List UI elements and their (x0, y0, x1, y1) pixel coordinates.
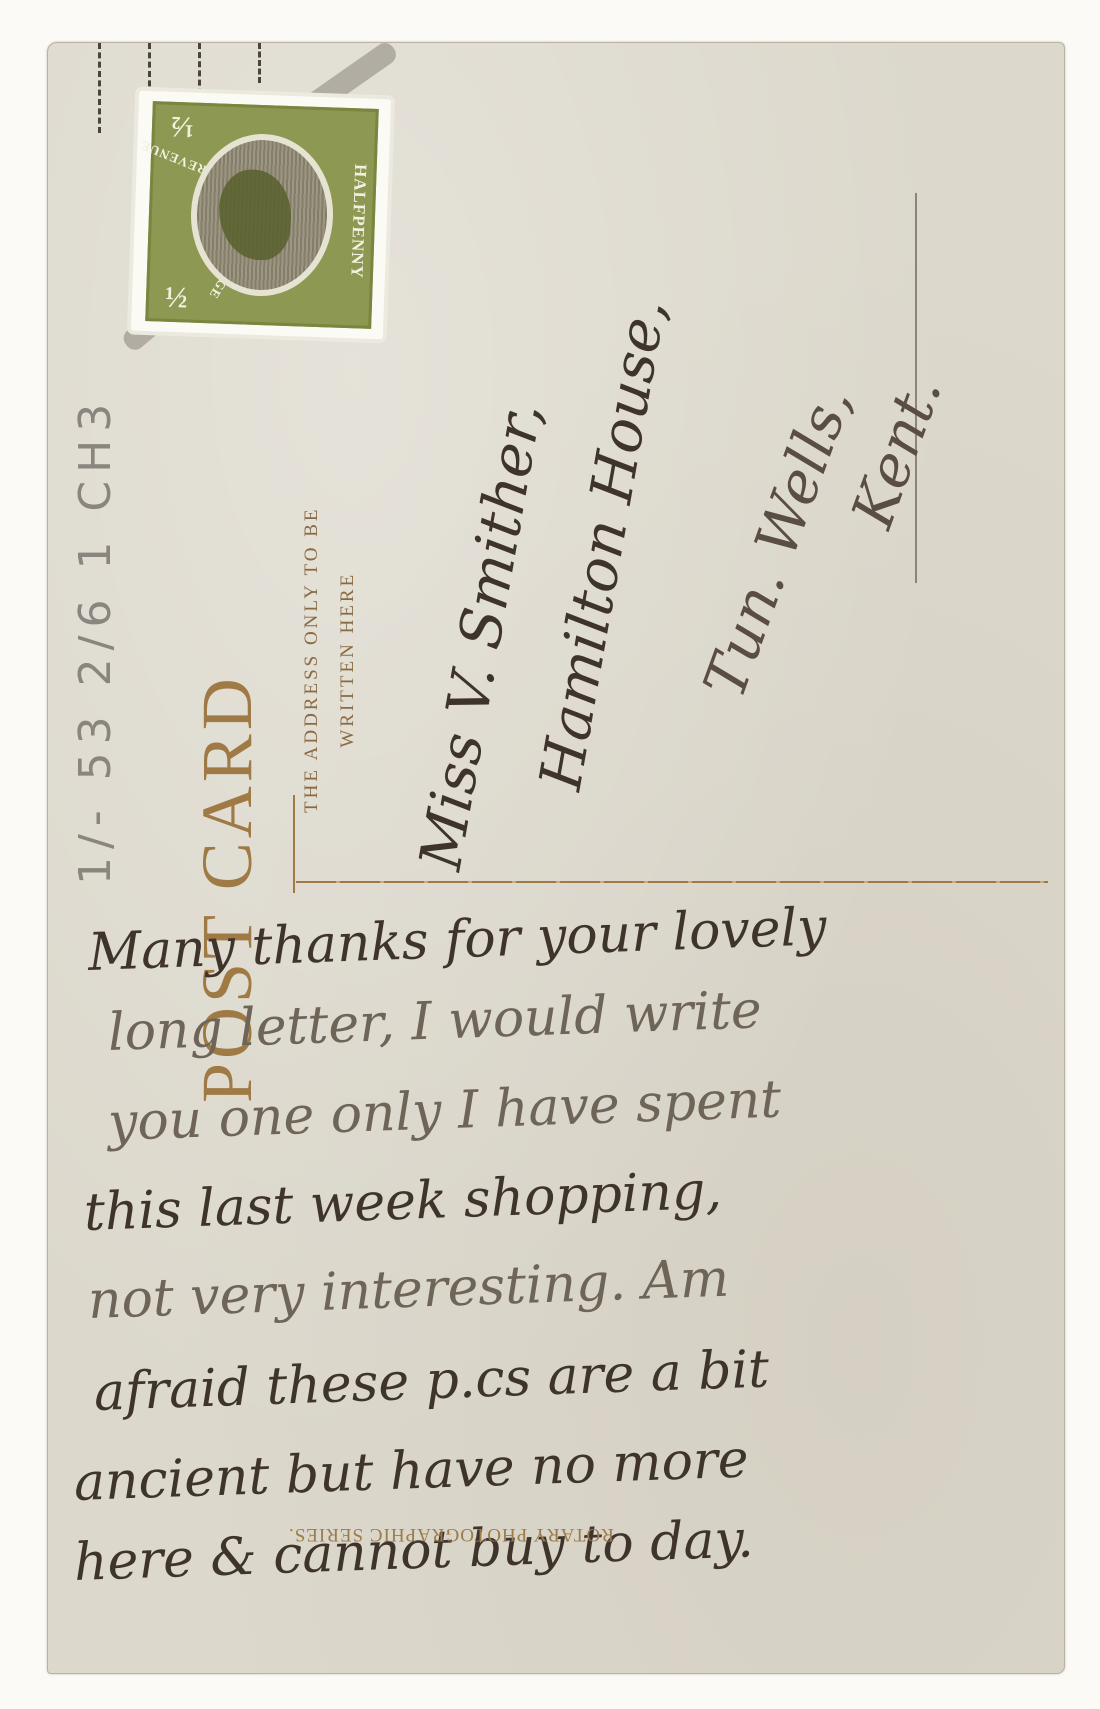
postmark-bar (258, 43, 261, 83)
address-instruction-line2: WRITTEN HERE (330, 506, 366, 813)
stamp-value-bottom: ½ (164, 281, 188, 316)
message-line: here & cannot buy to day. (73, 1509, 754, 1593)
pencil-notes: 1/- 53 2/6 1 CH3 (70, 396, 121, 885)
postmark-bar (98, 43, 101, 133)
message-line: afraid these p.cs are a bit (93, 1339, 770, 1423)
message-line: this last week shopping, (83, 1161, 723, 1243)
stamp-label-halfpenny: HALFPENNY (346, 164, 370, 279)
message-line: ancient but have no more (73, 1429, 750, 1513)
postcard: ½ ½ REVENUE POSTAGE HALFPENNY 1/- 53 2/6… (47, 42, 1065, 1674)
divider-vertical (293, 795, 295, 893)
divider-horizontal (296, 881, 1048, 883)
king-portrait-icon (188, 132, 336, 299)
stamp-value-top: ½ (170, 109, 194, 144)
address-line-3: Tun. Wells, (690, 378, 865, 706)
address-instruction: THE ADDRESS ONLY TO BE WRITTEN HERE (294, 506, 366, 813)
publisher-imprint: ROTARY PHOTOGRAPHIC SERIES. (288, 1523, 614, 1545)
address-line-2: Hamilton House, (526, 294, 679, 795)
address-instruction-line1: THE ADDRESS ONLY TO BE (294, 506, 330, 813)
address-line-1: Miss V. Smither, (406, 398, 555, 875)
postage-stamp: ½ ½ REVENUE POSTAGE HALFPENNY (131, 91, 391, 340)
message-line: not very interesting. Am (87, 1249, 730, 1331)
address-line-4: Kent. (838, 367, 955, 536)
